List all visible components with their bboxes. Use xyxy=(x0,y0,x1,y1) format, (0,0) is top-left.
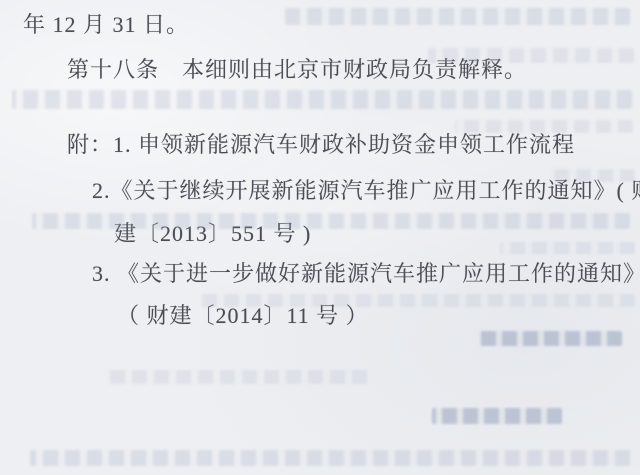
bleedthrough-text-band xyxy=(432,408,562,424)
doc-line-attachment-1: 附：1. 申领新能源汽车财政补助资金申领工作流程 xyxy=(67,130,575,160)
bleedthrough-text-band xyxy=(480,331,622,346)
doc-line-date: 年 12 月 31 日。 xyxy=(23,10,189,40)
bleedthrough-text-band xyxy=(500,242,635,254)
bleedthrough-text-band xyxy=(30,450,630,466)
bleedthrough-text-band xyxy=(455,120,633,133)
bleedthrough-text-band xyxy=(200,294,635,307)
bleedthrough-text-band xyxy=(285,8,630,25)
bleedthrough-text-band xyxy=(12,90,632,109)
bleedthrough-text-band xyxy=(550,169,635,182)
doc-line-attachment-3: 3. 《关于进一步做好新能源汽车推广应用工作的通知》 xyxy=(92,259,640,289)
bleedthrough-text-band xyxy=(428,48,634,63)
bleedthrough-text-band xyxy=(105,370,367,384)
scanned-document-page: 年 12 月 31 日。 第十八条 本细则由北京市财政局负责解释。 附：1. 申… xyxy=(0,0,640,475)
bleedthrough-text-band xyxy=(32,213,630,229)
